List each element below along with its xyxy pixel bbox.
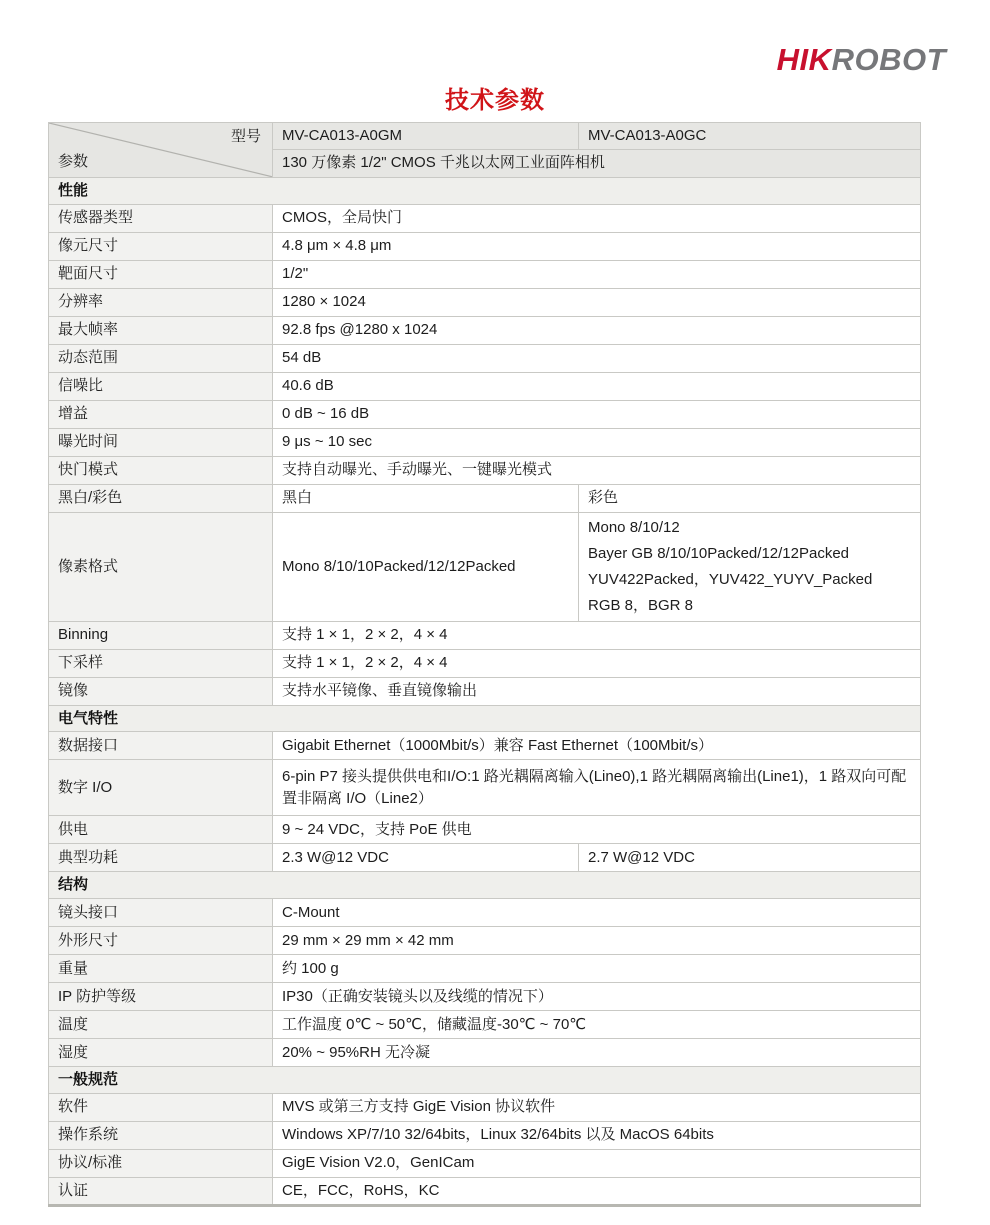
row-label: Binning <box>49 621 273 649</box>
section-row-structure: 结构 <box>49 872 921 899</box>
row-value: IP30（正确安装镜头以及线缆的情况下） <box>273 983 921 1011</box>
row-label: 最大帧率 <box>49 316 273 344</box>
row-label: 典型功耗 <box>49 844 273 872</box>
table-row: 镜头接口C-Mount <box>49 899 921 927</box>
row-label: 信噪比 <box>49 372 273 400</box>
row-value: 支持 1 × 1，2 × 2，4 × 4 <box>273 649 921 677</box>
table-row: 数据接口Gigabit Ethernet（1000Mbit/s）兼容 Fast … <box>49 732 921 760</box>
table-row: Binning支持 1 × 1，2 × 2，4 × 4 <box>49 621 921 649</box>
logo-robot-text: ROBOT <box>832 42 946 77</box>
logo-hik-text: HIK <box>777 42 832 77</box>
pixel-format-color-cell: Mono 8/10/12 Bayer GB 8/10/10Packed/12/1… <box>579 512 921 621</box>
row-value-mono: 黑白 <box>273 484 579 512</box>
table-row: 黑白/彩色黑白彩色 <box>49 484 921 512</box>
table-row: 快门模式支持自动曝光、手动曝光、一键曝光模式 <box>49 456 921 484</box>
table-row-pixel-format: 像素格式 Mono 8/10/10Packed/12/12Packed Mono… <box>49 512 921 621</box>
table-row: 操作系统Windows XP/7/10 32/64bits，Linux 32/6… <box>49 1121 921 1149</box>
row-value: 6-pin P7 接头提供供电和I/O:1 路光耦隔离输入(Line0),1 路… <box>273 760 921 816</box>
table-row: 下采样支持 1 × 1，2 × 2，4 × 4 <box>49 649 921 677</box>
table-row: 数字 I/O6-pin P7 接头提供供电和I/O:1 路光耦隔离输入(Line… <box>49 760 921 816</box>
table-row: 重量约 100 g <box>49 955 921 983</box>
section-row-electrical: 电气特性 <box>49 705 921 732</box>
section-label: 性能 <box>49 177 921 204</box>
section-label: 结构 <box>49 872 921 899</box>
row-label: 镜头接口 <box>49 899 273 927</box>
row-value: MVS 或第三方支持 GigE Vision 协议软件 <box>273 1093 921 1121</box>
row-value: 1280 × 1024 <box>273 288 921 316</box>
spec-table: 型号 参数 MV-CA013-A0GM MV-CA013-A0GC 130 万像… <box>48 122 921 1207</box>
pixel-format-line: Bayer GB 8/10/10Packed/12/12Packed <box>588 541 911 567</box>
row-label: 数据接口 <box>49 732 273 760</box>
row-label: 分辨率 <box>49 288 273 316</box>
row-label: 协议/标准 <box>49 1149 273 1177</box>
pixel-format-line: RGB 8，BGR 8 <box>588 593 911 619</box>
table-row: 外形尺寸29 mm × 29 mm × 42 mm <box>49 927 921 955</box>
row-label: 重量 <box>49 955 273 983</box>
table-row: 信噪比40.6 dB <box>49 372 921 400</box>
corner-label-param: 参数 <box>58 151 88 173</box>
table-row: 协议/标准GigE Vision V2.0，GenICam <box>49 1149 921 1177</box>
row-value: 29 mm × 29 mm × 42 mm <box>273 927 921 955</box>
row-label: 增益 <box>49 400 273 428</box>
page-title: 技术参数 <box>0 80 990 115</box>
table-row: 典型功耗2.3 W@12 VDC2.7 W@12 VDC <box>49 844 921 872</box>
table-row: 湿度20% ~ 95%RH 无冷凝 <box>49 1039 921 1067</box>
table-row: IP 防护等级IP30（正确安装镜头以及线缆的情况下） <box>49 983 921 1011</box>
row-label: 供电 <box>49 816 273 844</box>
row-label: 快门模式 <box>49 456 273 484</box>
row-value: 0 dB ~ 16 dB <box>273 400 921 428</box>
row-label: 曝光时间 <box>49 428 273 456</box>
section-label: 电气特性 <box>49 705 921 732</box>
row-label: 靶面尺寸 <box>49 260 273 288</box>
row-value: C-Mount <box>273 899 921 927</box>
hikrobot-logo: HIKROBOT <box>777 42 946 78</box>
table-row: 软件MVS 或第三方支持 GigE Vision 协议软件 <box>49 1093 921 1121</box>
table-row: 像元尺寸4.8 μm × 4.8 μm <box>49 232 921 260</box>
table-row: 认证CE，FCC，RoHS，KC <box>49 1177 921 1205</box>
row-label: 动态范围 <box>49 344 273 372</box>
row-label: 下采样 <box>49 649 273 677</box>
row-value: 约 100 g <box>273 955 921 983</box>
row-value: 支持 1 × 1，2 × 2，4 × 4 <box>273 621 921 649</box>
row-label: 黑白/彩色 <box>49 484 273 512</box>
row-value-color: 2.7 W@12 VDC <box>579 844 921 872</box>
pixel-format-line: YUV422Packed，YUV422_YUYV_Packed <box>588 567 911 593</box>
row-value: Windows XP/7/10 32/64bits，Linux 32/64bit… <box>273 1121 921 1149</box>
table-row: 动态范围54 dB <box>49 344 921 372</box>
row-value: 54 dB <box>273 344 921 372</box>
row-label: 像素格式 <box>49 512 273 621</box>
row-label: 软件 <box>49 1093 273 1121</box>
table-row: 温度工作温度 0℃ ~ 50℃，储藏温度-30℃ ~ 70℃ <box>49 1011 921 1039</box>
row-label: 数字 I/O <box>49 760 273 816</box>
row-label: 传感器类型 <box>49 204 273 232</box>
row-label: 湿度 <box>49 1039 273 1067</box>
section-label: 一般规范 <box>49 1067 921 1094</box>
row-value: 4.8 μm × 4.8 μm <box>273 232 921 260</box>
row-value: 工作温度 0℃ ~ 50℃，储藏温度-30℃ ~ 70℃ <box>273 1011 921 1039</box>
camera-description-cell: 130 万像素 1/2" CMOS 千兆以太网工业面阵相机 <box>273 149 921 177</box>
row-value: Gigabit Ethernet（1000Mbit/s）兼容 Fast Ethe… <box>273 732 921 760</box>
table-row: 分辨率1280 × 1024 <box>49 288 921 316</box>
table-row: 传感器类型CMOS，全局快门 <box>49 204 921 232</box>
row-label: 温度 <box>49 1011 273 1039</box>
corner-label-model: 型号 <box>231 126 261 148</box>
row-value: 92.8 fps @1280 x 1024 <box>273 316 921 344</box>
row-value: 1/2" <box>273 260 921 288</box>
row-value-mono: 2.3 W@12 VDC <box>273 844 579 872</box>
pixel-format-line: Mono 8/10/12 <box>588 515 911 541</box>
row-label: 镜像 <box>49 677 273 705</box>
row-value: 支持自动曝光、手动曝光、一键曝光模式 <box>273 456 921 484</box>
row-label: 操作系统 <box>49 1121 273 1149</box>
corner-cell: 型号 参数 <box>49 123 273 178</box>
table-row: 增益0 dB ~ 16 dB <box>49 400 921 428</box>
table-header-row: 型号 参数 MV-CA013-A0GM MV-CA013-A0GC <box>49 123 921 150</box>
table-row: 曝光时间9 μs ~ 10 sec <box>49 428 921 456</box>
section-row-performance: 性能 <box>49 177 921 204</box>
model-color-cell: MV-CA013-A0GC <box>579 123 921 150</box>
row-value: 支持水平镜像、垂直镜像输出 <box>273 677 921 705</box>
section-row-general: 一般规范 <box>49 1067 921 1094</box>
pixel-format-mono-cell: Mono 8/10/10Packed/12/12Packed <box>273 512 579 621</box>
row-value: 40.6 dB <box>273 372 921 400</box>
table-row: 供电9 ~ 24 VDC，支持 PoE 供电 <box>49 816 921 844</box>
row-value-color: 彩色 <box>579 484 921 512</box>
table-row: 靶面尺寸1/2" <box>49 260 921 288</box>
model-mono-cell: MV-CA013-A0GM <box>273 123 579 150</box>
table-row: 镜像支持水平镜像、垂直镜像输出 <box>49 677 921 705</box>
row-label: IP 防护等级 <box>49 983 273 1011</box>
row-value: CE，FCC，RoHS，KC <box>273 1177 921 1205</box>
row-label: 外形尺寸 <box>49 927 273 955</box>
row-label: 像元尺寸 <box>49 232 273 260</box>
row-label: 认证 <box>49 1177 273 1205</box>
row-value: 9 μs ~ 10 sec <box>273 428 921 456</box>
row-value: CMOS，全局快门 <box>273 204 921 232</box>
row-value: 9 ~ 24 VDC，支持 PoE 供电 <box>273 816 921 844</box>
table-row: 最大帧率92.8 fps @1280 x 1024 <box>49 316 921 344</box>
spec-sheet-page: HIKROBOT 技术参数 型号 参数 MV-CA013-A0GM MV-CA0… <box>0 0 990 1225</box>
row-value: GigE Vision V2.0，GenICam <box>273 1149 921 1177</box>
row-value: 20% ~ 95%RH 无冷凝 <box>273 1039 921 1067</box>
